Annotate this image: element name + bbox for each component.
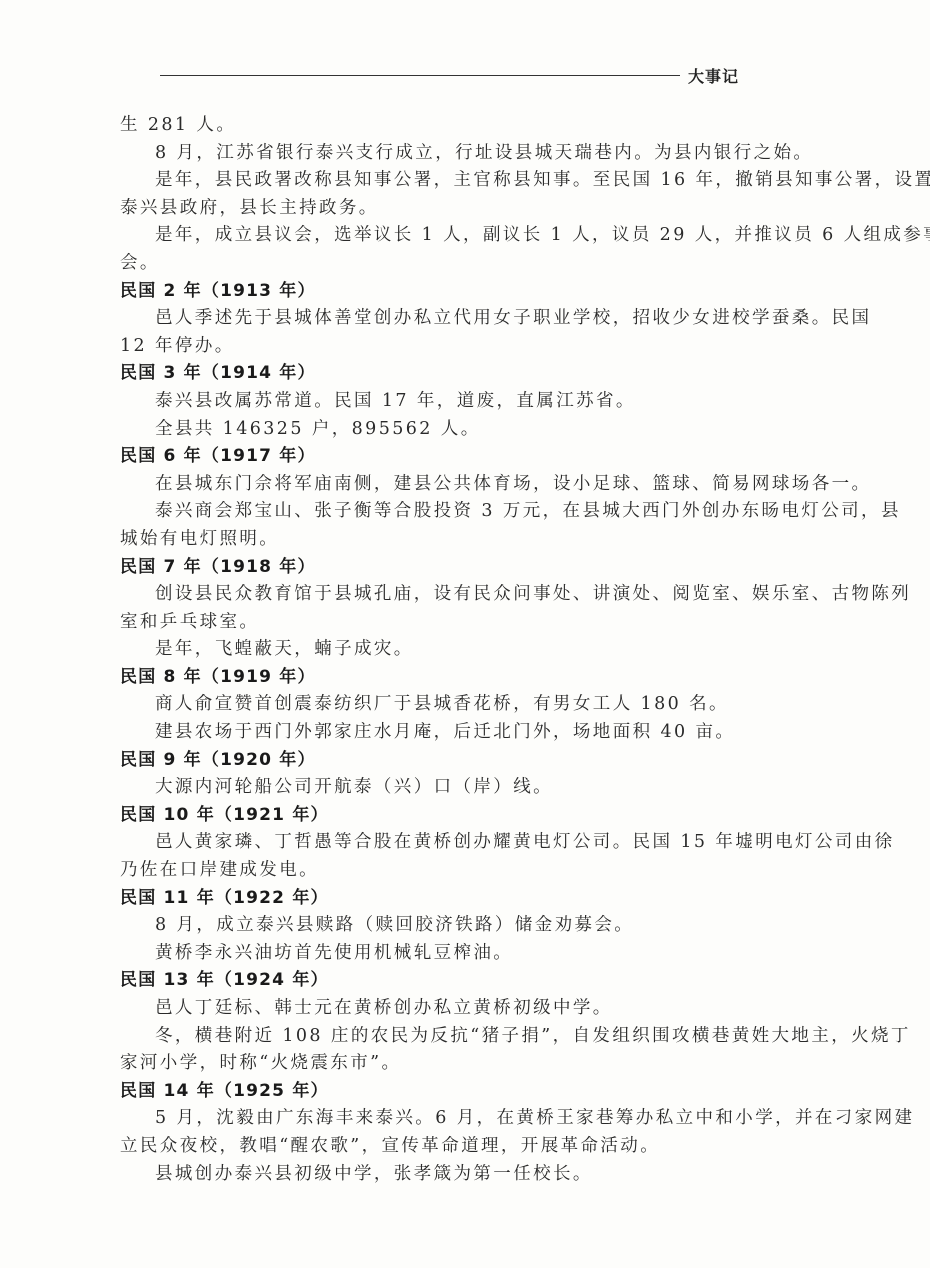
text-line: 商人俞宣赞首创震泰纺织厂于县城香花桥，有男女工人 180 名。	[120, 691, 828, 719]
text-line: 乃佐在口岸建成发电。	[120, 857, 828, 885]
text-line: 建县农场于西门外郭家庄水月庵，后迁北门外，场地面积 40 亩。	[120, 719, 828, 747]
text-line: 冬，横巷附近 108 庄的农民为反抗“猪子捐”，自发组织围攻横巷黄姓大地主，火烧…	[120, 1023, 828, 1051]
text-line: 泰兴商会郑宝山、张子衡等合股投资 3 万元，在县城大西门外创办东旸电灯公司，县	[120, 498, 828, 526]
text-line: 室和乒乓球室。	[120, 609, 828, 637]
year-heading: 民国 14 年（1925 年）	[120, 1078, 828, 1106]
text-line: 5 月，沈毅由广东海丰来泰兴。6 月，在黄桥王家巷筹办私立中和小学，并在刁家网建	[120, 1105, 828, 1133]
text-line: 8 月，成立泰兴县赎路（赎回胶济铁路）储金劝募会。	[120, 912, 828, 940]
text-line: 8 月，江苏省银行泰兴支行成立，行址设县城天瑞巷内。为县内银行之始。	[120, 140, 828, 168]
year-heading: 民国 8 年（1919 年）	[120, 664, 828, 692]
text-line: 家河小学，时称“火烧震东市”。	[120, 1050, 828, 1078]
text-line: 在县城东门佘将军庙南侧，建县公共体育场，设小足球、篮球、简易网球场各一。	[120, 471, 828, 499]
text-line: 生 281 人。	[120, 112, 828, 140]
text-line: 立民众夜校，教唱“醒农歌”，宣传革命道理，开展革命活动。	[120, 1133, 828, 1161]
year-heading: 民国 2 年（1913 年）	[120, 278, 828, 306]
text-line: 大源内河轮船公司开航泰（兴）口（岸）线。	[120, 774, 828, 802]
text-line: 邑人季述先于县城体善堂创办私立代用女子职业学校，招收少女进校学蚕桑。民国	[120, 305, 828, 333]
section-title: 大事记	[688, 64, 739, 87]
text-line: 泰兴县政府，县长主持政务。	[120, 195, 828, 223]
year-heading: 民国 9 年（1920 年）	[120, 747, 828, 775]
text-line: 邑人丁廷标、韩士元在黄桥创办私立黄桥初级中学。	[120, 995, 828, 1023]
year-heading: 民国 11 年（1922 年）	[120, 885, 828, 913]
document-body: 生 281 人。8 月，江苏省银行泰兴支行成立，行址设县城天瑞巷内。为县内银行之…	[120, 112, 828, 1188]
text-line: 泰兴县改属苏常道。民国 17 年，道废，直属江苏省。	[120, 388, 828, 416]
text-line: 12 年停办。	[120, 333, 828, 361]
year-heading: 民国 7 年（1918 年）	[120, 554, 828, 582]
year-heading: 民国 3 年（1914 年）	[120, 360, 828, 388]
header-rule	[160, 75, 680, 76]
text-line: 邑人黄家璘、丁哲愚等合股在黄桥创办耀黄电灯公司。民国 15 年墟明电灯公司由徐	[120, 829, 828, 857]
text-line: 是年，县民政署改称县知事公署，主官称县知事。至民国 16 年，撤销县知事公署，设…	[120, 167, 828, 195]
text-line: 城始有电灯照明。	[120, 526, 828, 554]
year-heading: 民国 10 年（1921 年）	[120, 802, 828, 830]
text-line: 县城创办泰兴县初级中学，张孝箴为第一任校长。	[120, 1161, 828, 1189]
text-line: 全县共 146325 户，895562 人。	[120, 416, 828, 444]
text-line: 是年，飞蝗蔽天，蝻子成灾。	[120, 636, 828, 664]
year-heading: 民国 13 年（1924 年）	[120, 967, 828, 995]
text-line: 创设县民众教育馆于县城孔庙，设有民众问事处、讲演处、阅览室、娱乐室、古物陈列	[120, 581, 828, 609]
year-heading: 民国 6 年（1917 年）	[120, 443, 828, 471]
text-line: 会。	[120, 250, 828, 278]
text-line: 是年，成立县议会，选举议长 1 人，副议长 1 人，议员 29 人，并推议员 6…	[120, 222, 828, 250]
running-header: 大事记	[160, 64, 780, 88]
text-line: 黄桥李永兴油坊首先使用机械轧豆榨油。	[120, 940, 828, 968]
